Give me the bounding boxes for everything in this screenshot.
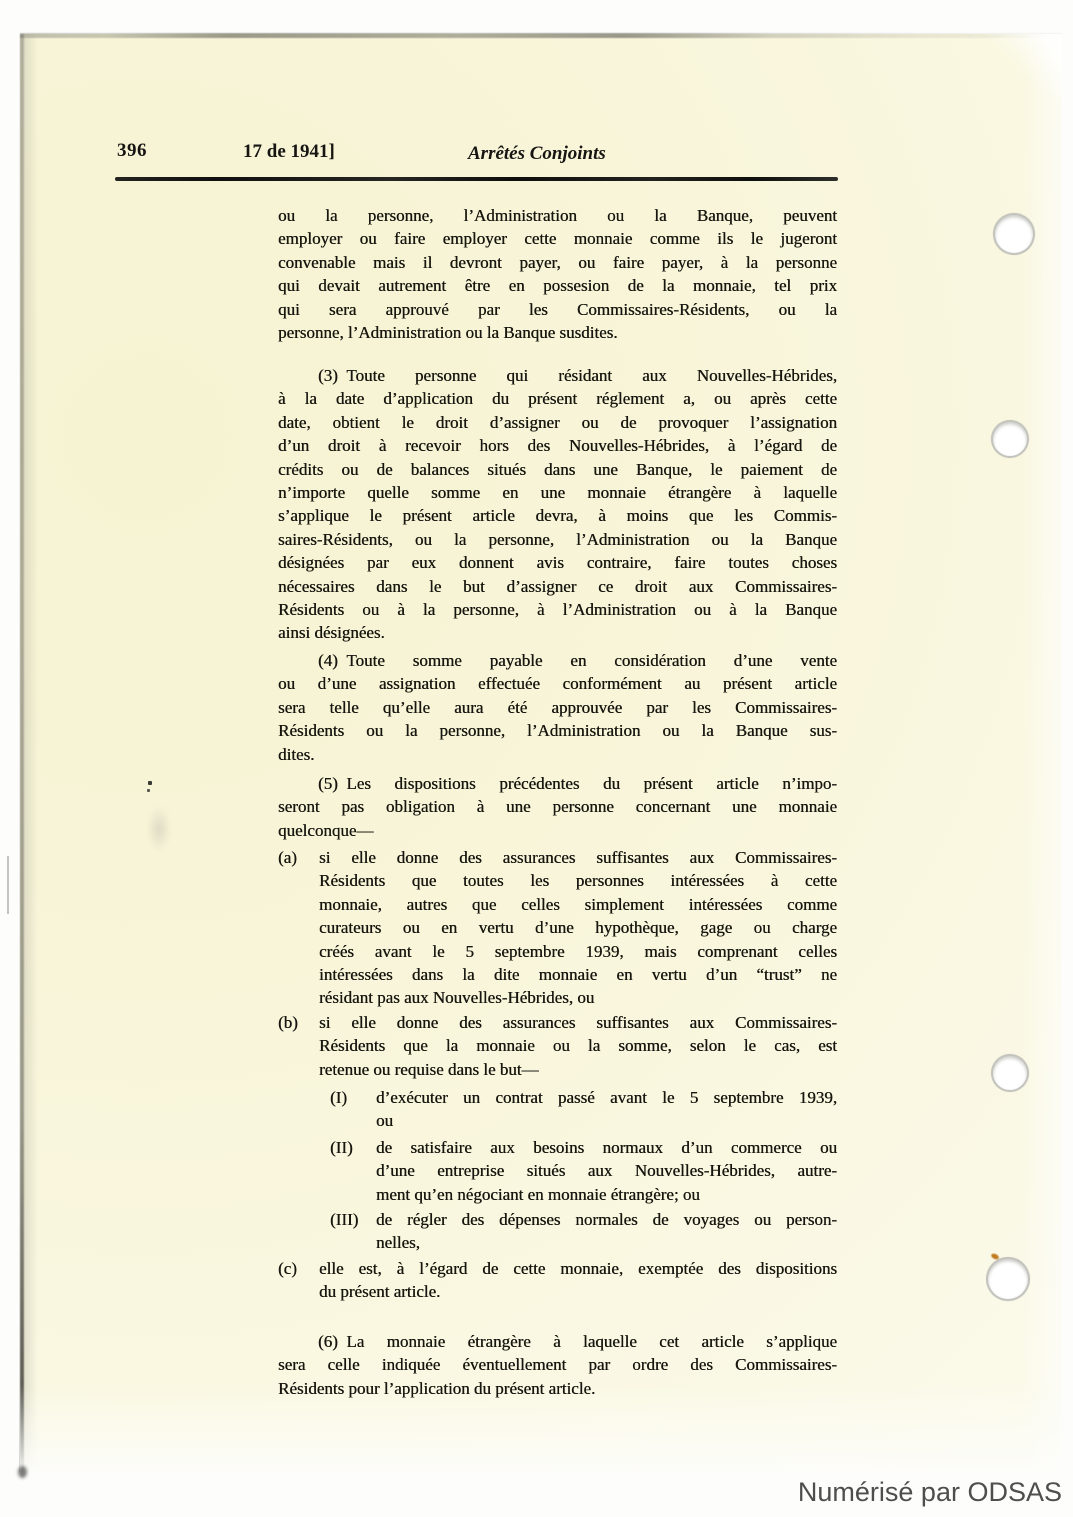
running-title: Arrêtés Conjoints bbox=[468, 143, 606, 165]
text-line: retenue ou requise dans le but— bbox=[319, 1058, 837, 1081]
text-line: monnaie, autres que celles simplement in… bbox=[319, 893, 837, 916]
item-III-label: (III) bbox=[330, 1208, 376, 1255]
item-b: (b)si elle donne des assurances suffisan… bbox=[278, 1011, 837, 1081]
text-line: du présent article. bbox=[319, 1280, 837, 1303]
text-line: qui sera approuvé par les Commissaires-R… bbox=[278, 298, 837, 321]
text-line: Résidents pour l’application du présent … bbox=[278, 1377, 837, 1400]
text-line: de régler des dépenses normales de voyag… bbox=[376, 1208, 837, 1231]
page-number: 396 bbox=[117, 140, 147, 162]
text-line: nelles, bbox=[376, 1231, 837, 1254]
paragraph-5-lines: (5) Les dispositions précédentes du prés… bbox=[278, 772, 837, 842]
text-line: Résidents ou la personne, l’Administrati… bbox=[278, 719, 837, 742]
item-III: (III)de régler des dépenses normales de … bbox=[330, 1208, 837, 1255]
text-line: sera telle qu’elle aura été approuvée pa… bbox=[278, 696, 837, 719]
paragraph-2-continuation: ou la personne, l’Administration ou la B… bbox=[278, 204, 837, 344]
text-line: curateurs ou en vertu d’une hypothèque, … bbox=[319, 916, 837, 939]
text-line: si elle donne des assurances suffisantes… bbox=[319, 846, 837, 869]
text-line: Résidents que la monnaie ou la somme, se… bbox=[319, 1034, 837, 1057]
item-a-label: (a) bbox=[278, 846, 319, 1010]
punch-hole bbox=[991, 1054, 1029, 1092]
paragraph-6-lines: (6) La monnaie étrangère à laquelle cet … bbox=[278, 1330, 837, 1400]
text-line: ou bbox=[376, 1109, 837, 1132]
scanned-document-page: 396 17 de 1941] Arrêtés Conjoints ou la … bbox=[0, 0, 1073, 1517]
text-line: quelconque— bbox=[278, 819, 837, 842]
text-line: désignées par eux donnent avis contraire… bbox=[278, 551, 837, 574]
item-c-label: (c) bbox=[278, 1257, 319, 1304]
text-line: dites. bbox=[278, 743, 837, 766]
punch-hole bbox=[993, 213, 1035, 255]
margin-ink-speck bbox=[147, 789, 150, 792]
text-line: ou d’une assignation effectuée conformém… bbox=[278, 672, 837, 695]
item-III-lines: de régler des dépenses normales de voyag… bbox=[376, 1208, 837, 1255]
text-line: employer ou faire employer cette monnaie… bbox=[278, 227, 837, 250]
item-I-lines: d’exécuter un contrat passé avant le 5 s… bbox=[376, 1086, 837, 1133]
text-line: qui devait autrement être en possesion d… bbox=[278, 274, 837, 297]
text-line: n’importe quelle somme en une monnaie ét… bbox=[278, 481, 837, 504]
text-line: personne, l’Administration ou la Banque … bbox=[278, 321, 837, 344]
text-line: Résidents ou à la personne, à l’Administ… bbox=[278, 598, 837, 621]
text-line: s’applique le présent article devra, à m… bbox=[278, 504, 837, 527]
item-I-label: (I) bbox=[330, 1086, 376, 1133]
text-line: (6) La monnaie étrangère à laquelle cet … bbox=[278, 1330, 837, 1353]
ordinance-ref: 17 de 1941] bbox=[243, 141, 335, 163]
text-line: (3) Toute personne qui résidant aux Nouv… bbox=[278, 364, 837, 387]
scan-ink-blob bbox=[18, 1466, 27, 1478]
text-line: crédits ou de balances situés dans une B… bbox=[278, 458, 837, 481]
item-II-lines: de satisfaire aux besoins normaux d’un c… bbox=[376, 1136, 837, 1206]
page-corner-glare bbox=[980, 34, 1062, 98]
item-c: (c)elle est, à l’égard de cette monnaie,… bbox=[278, 1257, 837, 1304]
page-left-shade bbox=[24, 34, 38, 1472]
text-line: (4) Toute somme payable en considération… bbox=[278, 649, 837, 672]
text-line: elle est, à l’égard de cette monnaie, ex… bbox=[319, 1257, 837, 1280]
item-b-label: (b) bbox=[278, 1011, 319, 1081]
paragraph-5: (5) Les dispositions précédentes du prés… bbox=[278, 772, 837, 842]
text-line: ainsi désignées. bbox=[278, 621, 837, 644]
text-line: seront pas obligation à une personne con… bbox=[278, 795, 837, 818]
text-line: d’une entreprise situés aux Nouvelles-Hé… bbox=[376, 1159, 837, 1182]
page-right-fade bbox=[1022, 34, 1062, 1472]
item-a: (a)si elle donne des assurances suffisan… bbox=[278, 846, 837, 1010]
text-line: d’un droit à recevoir hors des Nouvelles… bbox=[278, 434, 837, 457]
item-c-lines: elle est, à l’égard de cette monnaie, ex… bbox=[319, 1257, 837, 1304]
paragraph-3-lines: (3) Toute personne qui résidant aux Nouv… bbox=[278, 364, 837, 645]
text-line: intéressées dans la dite monnaie en vert… bbox=[319, 963, 837, 986]
paragraph-6: (6) La monnaie étrangère à laquelle cet … bbox=[278, 1330, 837, 1400]
text-line: sera celle indiquée éventuellement par o… bbox=[278, 1353, 837, 1376]
text-line: ment qu’en négociant en monnaie étrangèr… bbox=[376, 1183, 837, 1206]
item-I: (I)d’exécuter un contrat passé avant le … bbox=[330, 1086, 837, 1133]
item-II: (II)de satisfaire aux besoins normaux d’… bbox=[330, 1136, 837, 1206]
item-a-lines: si elle donne des assurances suffisantes… bbox=[319, 846, 837, 1010]
scan-credit: Numérisé par ODSAS bbox=[798, 1477, 1062, 1508]
text-line: nécessaires dans le but d’assigner ce dr… bbox=[278, 575, 837, 598]
punch-hole bbox=[986, 1257, 1030, 1301]
paragraph-3: (3) Toute personne qui résidant aux Nouv… bbox=[278, 364, 837, 645]
text-line: (5) Les dispositions précédentes du prés… bbox=[278, 772, 837, 795]
text-line: si elle donne des assurances suffisantes… bbox=[319, 1011, 837, 1034]
text-line: saires-Résidents, ou la personne, l’Admi… bbox=[278, 528, 837, 551]
text-line: Résidents que toutes les personnes intér… bbox=[319, 869, 837, 892]
paragraph-4-lines: (4) Toute somme payable en considération… bbox=[278, 649, 837, 766]
text-line: de satisfaire aux besoins normaux d’un c… bbox=[376, 1136, 837, 1159]
paragraph-4: (4) Toute somme payable en considération… bbox=[278, 649, 837, 766]
text-line: d’exécuter un contrat passé avant le 5 s… bbox=[376, 1086, 837, 1109]
text-line: date, obtient le droit d’assigner ou de … bbox=[278, 411, 837, 434]
text-line: convenable mais il devront payer, ou fai… bbox=[278, 251, 837, 274]
text-line: résidant pas aux Nouvelles-Hébrides, ou bbox=[319, 986, 837, 1009]
text-line: à la date d’application du présent régle… bbox=[278, 387, 837, 410]
item-II-label: (II) bbox=[330, 1136, 376, 1206]
margin-smudge bbox=[147, 806, 171, 852]
item-b-lines: si elle donne des assurances suffisantes… bbox=[319, 1011, 837, 1081]
header-rule bbox=[115, 177, 838, 181]
punch-hole bbox=[991, 420, 1029, 458]
page-top-edge bbox=[20, 33, 1062, 38]
paragraph-2-continuation-lines: ou la personne, l’Administration ou la B… bbox=[278, 204, 837, 344]
margin-scan-tick bbox=[7, 856, 9, 914]
text-line: ou la personne, l’Administration ou la B… bbox=[278, 204, 837, 227]
text-line: créés avant le 5 septembre 1939, mais co… bbox=[319, 940, 837, 963]
margin-ink-speck bbox=[148, 781, 152, 785]
